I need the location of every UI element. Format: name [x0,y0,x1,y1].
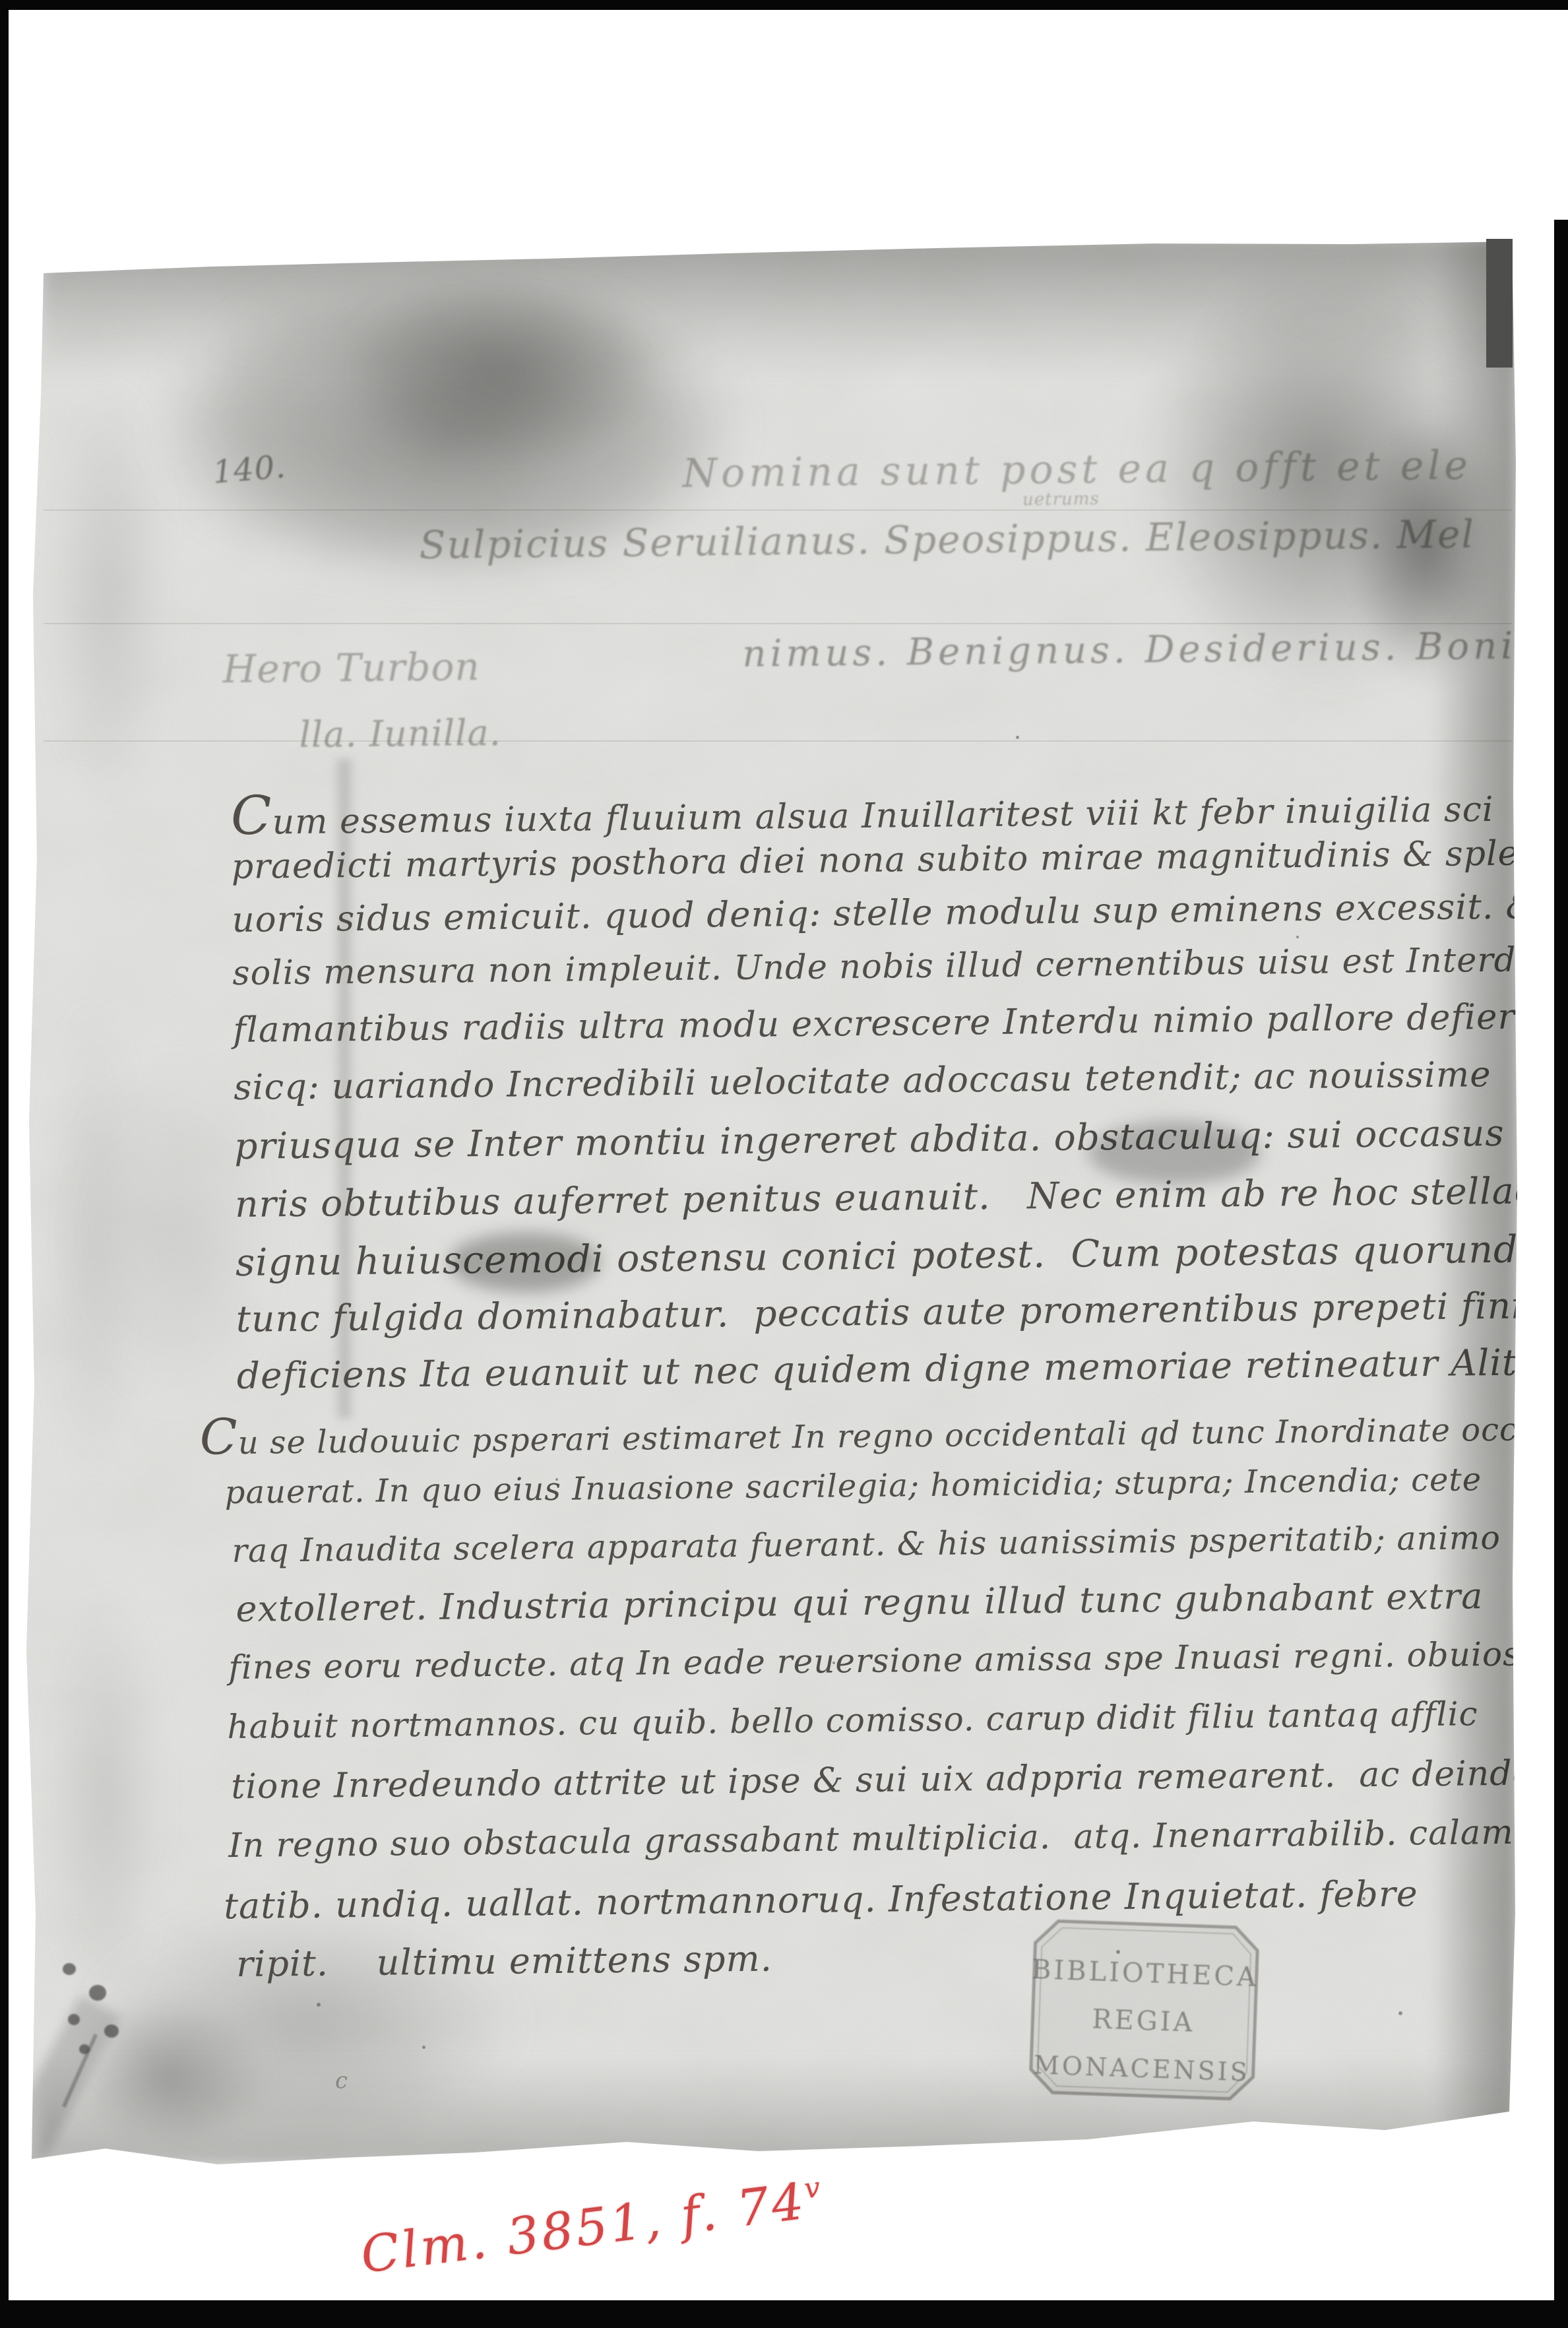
shelfmark-annotation: Clm. 3851, f. 74v [358,2169,827,2284]
shelfmark-text: Clm. 3851, f. 74 [358,2172,809,2284]
stain [317,264,686,482]
page-tab [1486,239,1513,368]
stain-overlay [0,0,1568,2328]
frame-right-bar [1554,220,1568,2328]
frame-top-bar [0,0,1568,10]
frame-bottom-bar [0,2300,1568,2328]
shelfmark-superscript: v [802,2170,824,2205]
stain [449,1233,600,1292]
manuscript-photo: 140. Nomina sunt post ea q offt et ele u… [0,0,1568,2328]
frame-left-bar [0,0,9,2328]
stain [40,2059,1511,2164]
stain [1088,1122,1260,1184]
parchment-page: 140. Nomina sunt post ea q offt et ele u… [0,0,1568,2328]
stain [1431,238,1517,2131]
